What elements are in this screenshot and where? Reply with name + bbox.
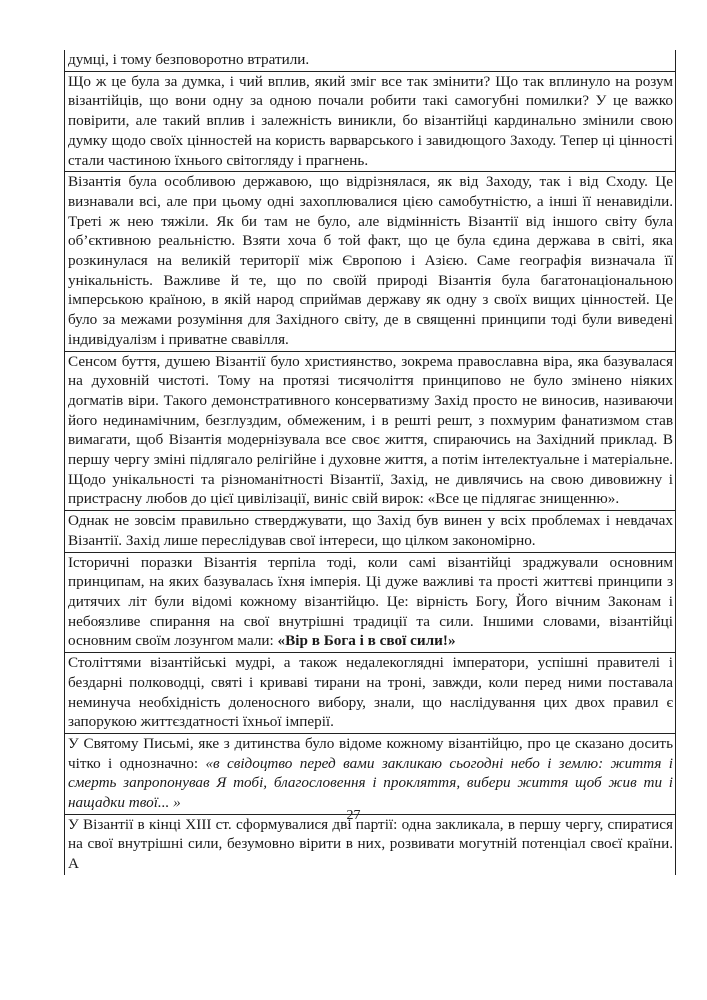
paragraph-cell: думці, і тому безповоротно втратили. <box>65 50 676 71</box>
document-page: думці, і тому безповоротно втратили.Що ж… <box>0 0 707 1000</box>
bold-quote: «Вір в Бога і в свої сили!» <box>278 632 456 649</box>
paragraph-cell: Однак не зовсім правильно стверджувати, … <box>65 511 676 552</box>
paragraph-cell: Візантія була особливою державою, що від… <box>65 172 676 351</box>
paragraph-text: думці, і тому безповоротно втратили. <box>68 51 309 68</box>
table-row: Історичні поразки Візантія терпіла тоді,… <box>65 552 676 653</box>
paragraph-cell: Що ж це була за думка, і чий вплив, який… <box>65 71 676 172</box>
paragraph-text: Однак не зовсім правильно стверджувати, … <box>68 512 673 549</box>
paragraph-cell: Історичні поразки Візантія терпіла тоді,… <box>65 552 676 653</box>
table-row: Що ж це була за думка, і чий вплив, який… <box>65 71 676 172</box>
paragraph-text: Століттями візантійські мудрі, а також н… <box>68 654 673 730</box>
paragraph-text: Сенсом буття, душею Візантії було христи… <box>68 353 673 508</box>
table-row: думці, і тому безповоротно втратили. <box>65 50 676 71</box>
paragraph-text: Що ж це була за думка, і чий вплив, який… <box>68 73 673 169</box>
table-row: У Святому Письмі, яке з дитинства було в… <box>65 733 676 814</box>
paragraph-cell: У Святому Письмі, яке з дитинства було в… <box>65 733 676 814</box>
table-row: Століттями візантійські мудрі, а також н… <box>65 653 676 734</box>
table-row: Однак не зовсім правильно стверджувати, … <box>65 511 676 552</box>
text-table: думці, і тому безповоротно втратили.Що ж… <box>64 50 676 875</box>
paragraph-cell: Сенсом буття, душею Візантії було христи… <box>65 351 676 511</box>
paragraph-text: У Візантії в кінці XIII ст. сформувалися… <box>68 816 673 872</box>
table-row: Візантія була особливою державою, що від… <box>65 172 676 351</box>
page-number: 27 <box>0 808 707 824</box>
table-row: Сенсом буття, душею Візантії було христи… <box>65 351 676 511</box>
paragraph-cell: Століттями візантійські мудрі, а також н… <box>65 653 676 734</box>
paragraph-text: Візантія була особливою державою, що від… <box>68 173 673 348</box>
